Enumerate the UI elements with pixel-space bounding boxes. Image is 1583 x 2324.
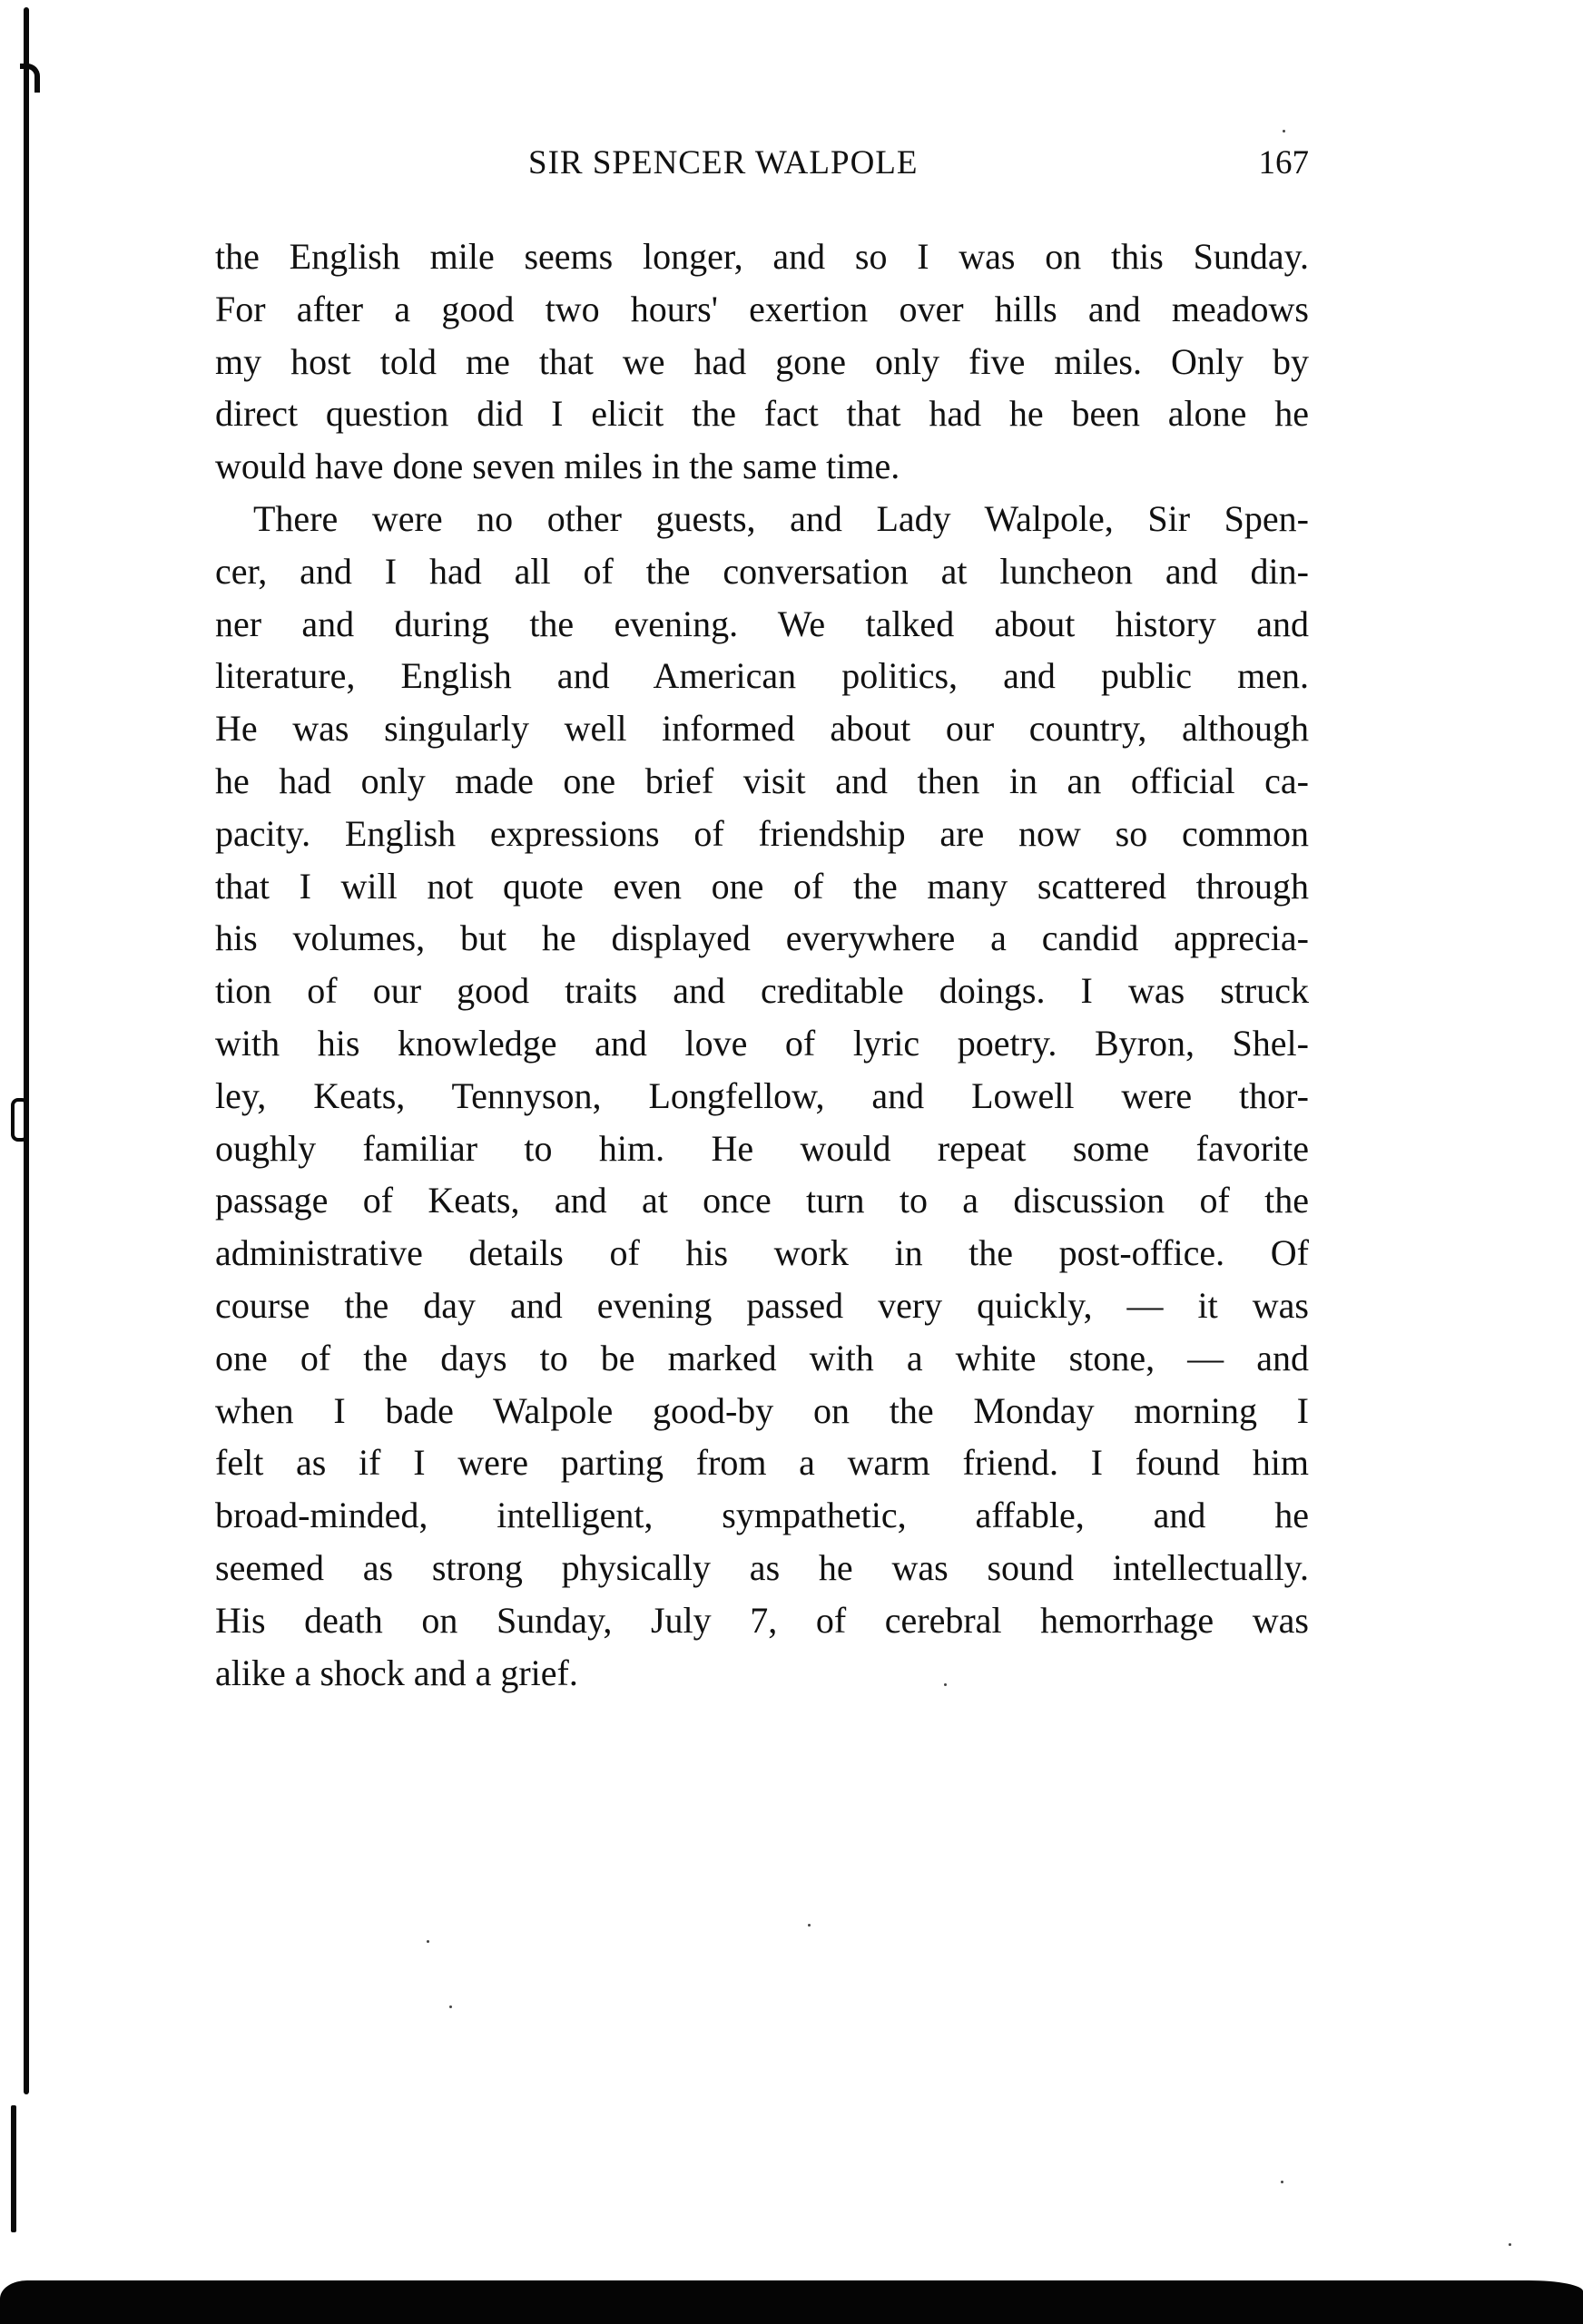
scan-speck [1283,130,1285,132]
text-line: my host told me that we had gone only fi… [215,336,1309,388]
paragraph-2: There were no other guests, and Lady Wal… [215,493,1309,1699]
page-number: 167 [1259,143,1310,182]
scan-edge-artifact [11,1098,29,1142]
scan-edge-artifact [20,64,40,93]
scan-speck [1281,2181,1283,2183]
text-line: seemed as strong physically as he was so… [215,1542,1309,1594]
text-line: course the day and evening passed very q… [215,1280,1309,1332]
body-text: the English mile seems longer, and so I … [215,230,1309,1699]
text-line: the English mile seems longer, and so I … [215,230,1309,283]
text-line: his volumes, but he displayed everywhere… [215,912,1309,965]
scan-speck [449,2005,452,2008]
text-line: direct question did I elicit the fact th… [215,387,1309,440]
text-line: cer, and I had all of the conversation a… [215,545,1309,598]
scan-bottom-edge-shadow [0,2280,1583,2324]
text-line: ner and during the evening. We talked ab… [215,598,1309,651]
text-line: when I bade Walpole good-by on the Monda… [215,1385,1309,1437]
scan-left-edge-shadow [24,7,29,2094]
scanned-book-page: SIR SPENCER WALPOLE 167 the English mile… [0,0,1583,2324]
running-header: SIR SPENCER WALPOLE 167 [215,143,1309,189]
text-line: with his knowledge and love of lyric poe… [215,1017,1309,1070]
text-line: literature, English and American politic… [215,650,1309,702]
text-line: administrative details of his work in th… [215,1227,1309,1280]
text-line: that I will not quote even one of the ma… [215,860,1309,913]
text-line: oughly familiar to him. He would repeat … [215,1123,1309,1175]
text-line: broad-minded, intelligent, sympathetic, … [215,1489,1309,1542]
scan-speck [427,1940,429,1943]
text-line: ley, Keats, Tennyson, Longfellow, and Lo… [215,1070,1309,1123]
text-line: alike a shock and a grief. [215,1647,1309,1700]
scan-speck [1509,2243,1511,2246]
text-line: passage of Keats, and at once turn to a … [215,1174,1309,1227]
text-line: one of the days to be marked with a whit… [215,1332,1309,1385]
running-header-title: SIR SPENCER WALPOLE [528,143,919,182]
text-line: There were no other guests, and Lady Wal… [215,493,1309,545]
text-line: tion of our good traits and creditable d… [215,965,1309,1017]
text-line: For after a good two hours' exertion ove… [215,283,1309,336]
text-line: pacity. English expressions of friendshi… [215,808,1309,860]
paragraph-1: the English mile seems longer, and so I … [215,230,1309,493]
scan-speck [944,1683,947,1686]
text-line: would have done seven miles in the same … [215,440,1309,493]
text-line: he had only made one brief visit and the… [215,755,1309,808]
text-line: He was singularly well informed about ou… [215,702,1309,755]
text-line: felt as if I were parting from a warm fr… [215,1437,1309,1489]
scan-speck [808,1924,811,1927]
scan-edge-artifact [11,2105,16,2232]
text-line: His death on Sunday, July 7, of cerebral… [215,1594,1309,1647]
